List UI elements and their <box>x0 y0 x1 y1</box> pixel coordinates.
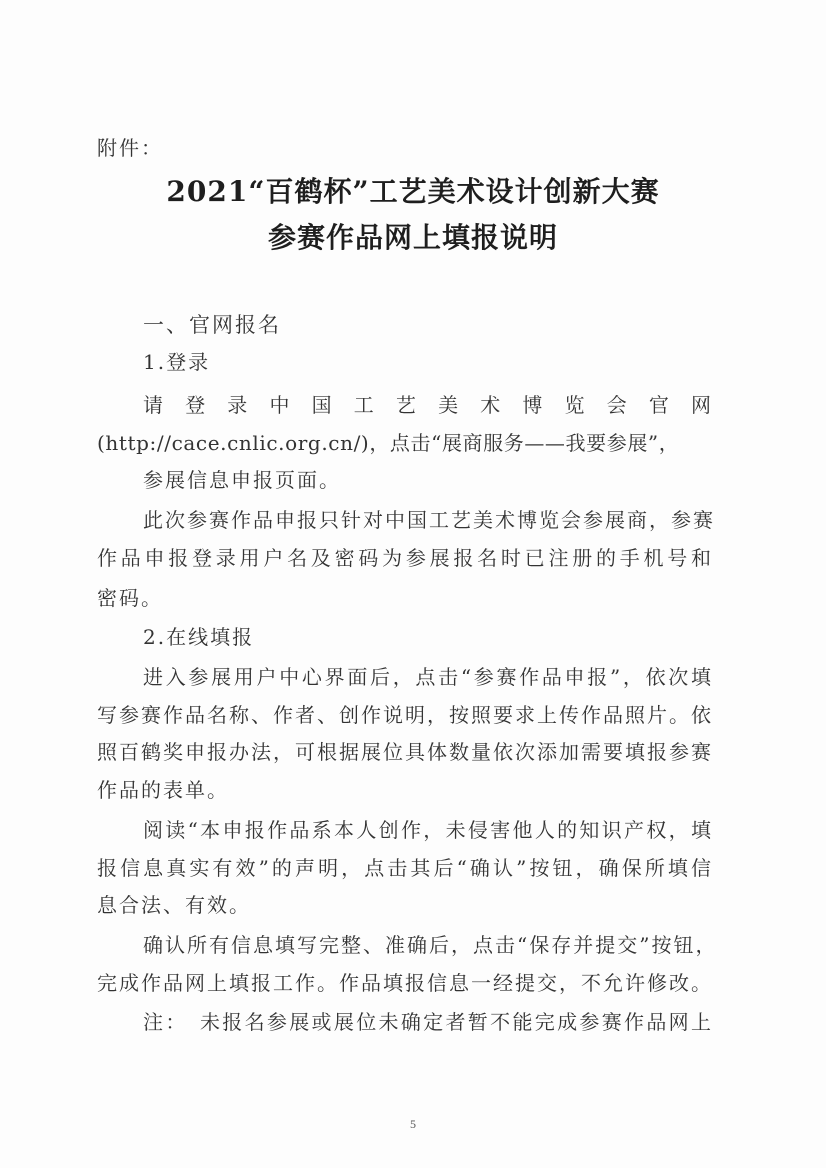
note-line: 注： 未报名参展或展位未确定者暂不能完成参赛作品网上 <box>143 1010 713 1034</box>
document-title-line2: 参赛作品网上填报说明 <box>0 221 826 255</box>
paragraph-line: 参展信息申报页面。 <box>143 468 341 492</box>
subsection-heading-online-fill: 2.在线填报 <box>143 625 254 649</box>
paragraph-line: 作品的表单。 <box>97 778 229 802</box>
page-number: 5 <box>0 1117 826 1132</box>
paragraph-line: 写参赛作品名称、作者、创作说明，按照要求上传作品照片。依 <box>97 703 713 727</box>
paragraph-line: 阅读“本申报作品系本人创作，未侵害他人的知识产权，填 <box>143 818 713 842</box>
paragraph-line-url: (http://cace.cnlic.org.cn/)，点击“展商服务——我要参… <box>97 431 679 455</box>
paragraph-line: 照百鹤奖申报办法，可根据展位具体数量依次添加需要填报参赛 <box>97 740 713 764</box>
paragraph-line: 报信息真实有效”的声明，点击其后“确认”按钮，确保所填信 <box>97 856 713 880</box>
paragraph-line: 请登录中国工艺美术博览会官网 <box>143 393 713 417</box>
paragraph-line: 息合法、有效。 <box>97 893 251 917</box>
document-title-line1: 2021“百鹤杯”工艺美术设计创新大赛 <box>0 175 826 209</box>
subsection-heading-login: 1.登录 <box>143 350 210 374</box>
paragraph-line: 确认所有信息填写完整、准确后，点击“保存并提交”按钮， <box>143 933 713 957</box>
paragraph-line: 完成作品网上填报工作。作品填报信息一经提交，不允许修改。 <box>97 971 713 995</box>
paragraph-line: 此次参赛作品申报只针对中国工艺美术博览会参展商，参赛 <box>143 508 713 532</box>
paragraph-line: 密码。 <box>97 586 163 610</box>
attachment-label: 附件： <box>97 136 163 160</box>
document-page: 附件： 2021“百鹤杯”工艺美术设计创新大赛 参赛作品网上填报说明 一、官网报… <box>0 0 826 1168</box>
section-heading-registration: 一、官网报名 <box>143 313 281 337</box>
paragraph-line: 作品申报登录用户名及密码为参展报名时已注册的手机号和 <box>97 546 713 570</box>
paragraph-line: 进入参展用户中心界面后，点击“参赛作品申报”，依次填 <box>143 665 713 689</box>
